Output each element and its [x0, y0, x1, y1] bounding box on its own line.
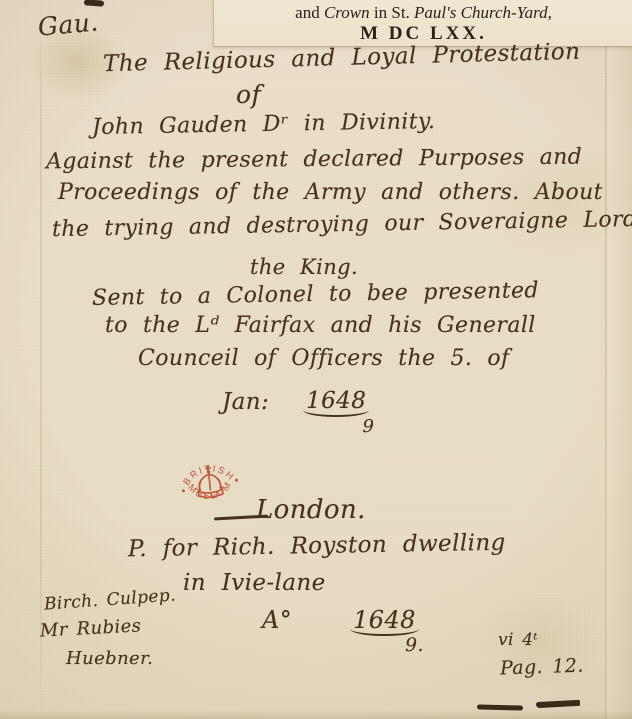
body-line-1: Against the present declared Purposes an…: [46, 146, 582, 174]
shelfmark: Gau.: [37, 9, 100, 40]
ink-mark-bottom-2: [536, 700, 580, 708]
body-line-6: to the Lᵈ Fairfax and his Generall: [105, 314, 536, 337]
year-old-style: 1648: [303, 390, 369, 417]
ink-mark-top-edge: [84, 0, 104, 7]
price-note: vi 4ᵗ: [498, 632, 538, 650]
imprint-street-line: in Ivie-lane: [183, 571, 326, 595]
body-line-7: Counceil of Officers the 5. of: [138, 347, 510, 370]
imprint-text-roman: and: [295, 3, 324, 22]
year-fraction: 16489: [303, 390, 369, 436]
date-anno-label: A°: [262, 606, 292, 634]
manuscript-page: and Crown in St. Paul's Church-Yard, M D…: [0, 0, 632, 719]
page-count-note: Pag. 12.: [500, 657, 584, 680]
imprint-text-italic: Crown: [324, 3, 370, 22]
imprint-address-line: and Crown in St. Paul's Church-Yard,: [214, 3, 632, 23]
imprint-text-roman: in St.: [370, 3, 414, 22]
year-old-style: 1648: [350, 608, 419, 636]
year-fraction: 16489.: [350, 608, 419, 656]
author-line: John Gauden Dʳ in Divinity.: [92, 110, 436, 139]
body-line-2: Proceedings of the Army and others. Abou…: [58, 181, 603, 204]
british-museum-stamp: BRITISH MUSEUM: [174, 449, 247, 524]
ownership-note-2: Mr Rubies: [40, 617, 142, 641]
date-line-jan: Jan:16489: [222, 390, 369, 436]
body-line-3: the trying and destroying our Soveraigne…: [52, 208, 632, 241]
imprint-text-italic: Paul's Church-Yard,: [414, 3, 552, 22]
paper-edge-bottom: [0, 710, 632, 719]
year-new-style: 9: [308, 418, 374, 436]
ownership-note-3: Huebner.: [66, 650, 153, 669]
imprint-london-line: London.: [256, 497, 366, 524]
title-line-1: The Religious and Loyal Protestation: [103, 40, 581, 77]
year-new-style: 9.: [355, 637, 424, 656]
paper-edge-right: [607, 0, 632, 719]
stamp-dot-left: [182, 489, 185, 492]
body-line-5: Sent to a Colonel to bee presented: [92, 279, 539, 310]
ownership-note-1: Birch. Culpep.: [44, 587, 177, 614]
paper-crease-left: [40, 0, 42, 719]
stamp-dot-right: [235, 479, 238, 482]
imprint-publisher-line: P. for Rich. Royston dwelling: [128, 531, 506, 562]
title-line-of: of: [236, 82, 261, 108]
date-line-anno: A°16489.: [262, 608, 419, 656]
date-jan-label: Jan:: [222, 389, 269, 415]
body-line-4: the King.: [250, 256, 358, 278]
